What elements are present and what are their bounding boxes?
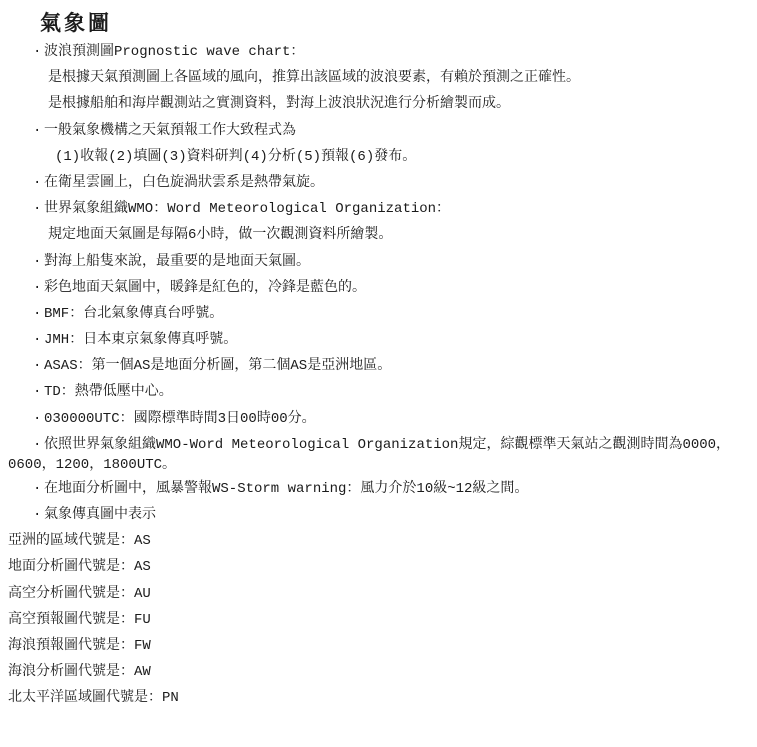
plain-line: 海浪分析圖代號是：AW	[8, 664, 751, 681]
line-text: 氣象傳真圖中表示	[44, 507, 156, 523]
bullet-marker: ·	[33, 123, 44, 140]
list-item: ·波浪預測圖Prognostic wave chart：	[33, 44, 751, 61]
list-item: ·世界氣象組織WMO：Word Meteorological Organizat…	[33, 201, 751, 218]
plain-line: 地面分析圖代號是：AS	[8, 559, 751, 576]
line-text: JMH：日本東京氣象傳真呼號。	[44, 332, 237, 348]
line-text: 波浪預測圖Prognostic wave chart：	[44, 44, 304, 60]
line-text: 依照世界氣象組織WMO-Word Meteorological Organiza…	[44, 437, 730, 453]
bullet-marker: ·	[33, 507, 44, 524]
indent-line: 規定地面天氣圖是每隔6小時，做一次觀測資料所繪製。	[48, 227, 751, 244]
list-item: ·氣象傳真圖中表示	[33, 507, 751, 524]
list-item: ·對海上船隻來說，最重要的是地面天氣圖。	[33, 254, 751, 271]
bullet-marker: ·	[33, 201, 44, 218]
line-text: TD：熱帶低壓中心。	[44, 384, 173, 400]
bullet-marker: ·	[33, 332, 44, 349]
bullet-marker: ·	[33, 280, 44, 297]
plain-line: 高空分析圖代號是：AU	[8, 586, 751, 603]
indent-line: (1)收報(2)填圖(3)資料研判(4)分析(5)預報(6)發布。	[55, 149, 751, 166]
bullet-marker: ·	[33, 175, 44, 192]
line-text: 在地面分析圖中，風暴警報WS-Storm warning：風力介於10級~12級…	[44, 481, 528, 497]
indent-line: 是根據天氣預測圖上各區域的風向，推算出該區域的波浪要素，有賴於預測之正確性。	[48, 70, 751, 87]
indent-line: 是根據船舶和海岸觀測站之實測資料，對海上波浪狀況進行分析繪製而成。	[48, 96, 751, 113]
list-item: ·在地面分析圖中，風暴警報WS-Storm warning：風力介於10級~12…	[33, 481, 751, 498]
bullet-marker: ·	[33, 44, 44, 61]
list-item: ·ASAS：第一個AS是地面分析圖，第二個AS是亞洲地區。	[33, 358, 751, 375]
line-text: 對海上船隻來說，最重要的是地面天氣圖。	[44, 254, 310, 270]
bullet-marker: ·	[33, 437, 44, 454]
document-page: 氣象圖 ·波浪預測圖Prognostic wave chart： 是根據天氣預測…	[0, 0, 757, 707]
list-item: ·TD：熱帶低壓中心。	[33, 384, 751, 401]
wrapped-continuation-line: 0600，1200，1800UTC。	[8, 457, 751, 474]
list-item: ·彩色地面天氣圖中，暖鋒是紅色的，冷鋒是藍色的。	[33, 280, 751, 297]
line-text: 彩色地面天氣圖中，暖鋒是紅色的，冷鋒是藍色的。	[44, 280, 366, 296]
list-item: ·依照世界氣象組織WMO-Word Meteorological Organiz…	[33, 437, 751, 454]
plain-line: 海浪預報圖代號是：FW	[8, 638, 751, 655]
list-item: ·030000UTC：國際標準時間3日00時00分。	[33, 411, 751, 428]
line-text: 一般氣象機構之天氣預報工作大致程式為	[44, 123, 296, 139]
list-item: ·一般氣象機構之天氣預報工作大致程式為	[33, 123, 751, 140]
bullet-marker: ·	[33, 384, 44, 401]
bullet-marker: ·	[33, 411, 44, 428]
plain-line: 高空預報圖代號是：FU	[8, 612, 751, 629]
page-title: 氣象圖	[40, 10, 751, 36]
line-text: BMF：台北氣象傳真台呼號。	[44, 306, 223, 322]
bullet-marker: ·	[33, 358, 44, 375]
bullet-marker: ·	[33, 306, 44, 323]
line-text: 030000UTC：國際標準時間3日00時00分。	[44, 411, 316, 427]
line-text: ASAS：第一個AS是地面分析圖，第二個AS是亞洲地區。	[44, 358, 391, 374]
list-item: ·在衛星雲圖上，白色旋渦狀雲系是熱帶氣旋。	[33, 175, 751, 192]
plain-line: 亞洲的區域代號是：AS	[8, 533, 751, 550]
bullet-marker: ·	[33, 481, 44, 498]
line-text: 世界氣象組織WMO：Word Meteorological Organizati…	[44, 201, 450, 217]
list-item: ·JMH：日本東京氣象傳真呼號。	[33, 332, 751, 349]
line-text: 在衛星雲圖上，白色旋渦狀雲系是熱帶氣旋。	[44, 175, 324, 191]
list-item: ·BMF：台北氣象傳真台呼號。	[33, 306, 751, 323]
bullet-marker: ·	[33, 254, 44, 271]
plain-line: 北太平洋區域圖代號是：PN	[8, 690, 751, 707]
